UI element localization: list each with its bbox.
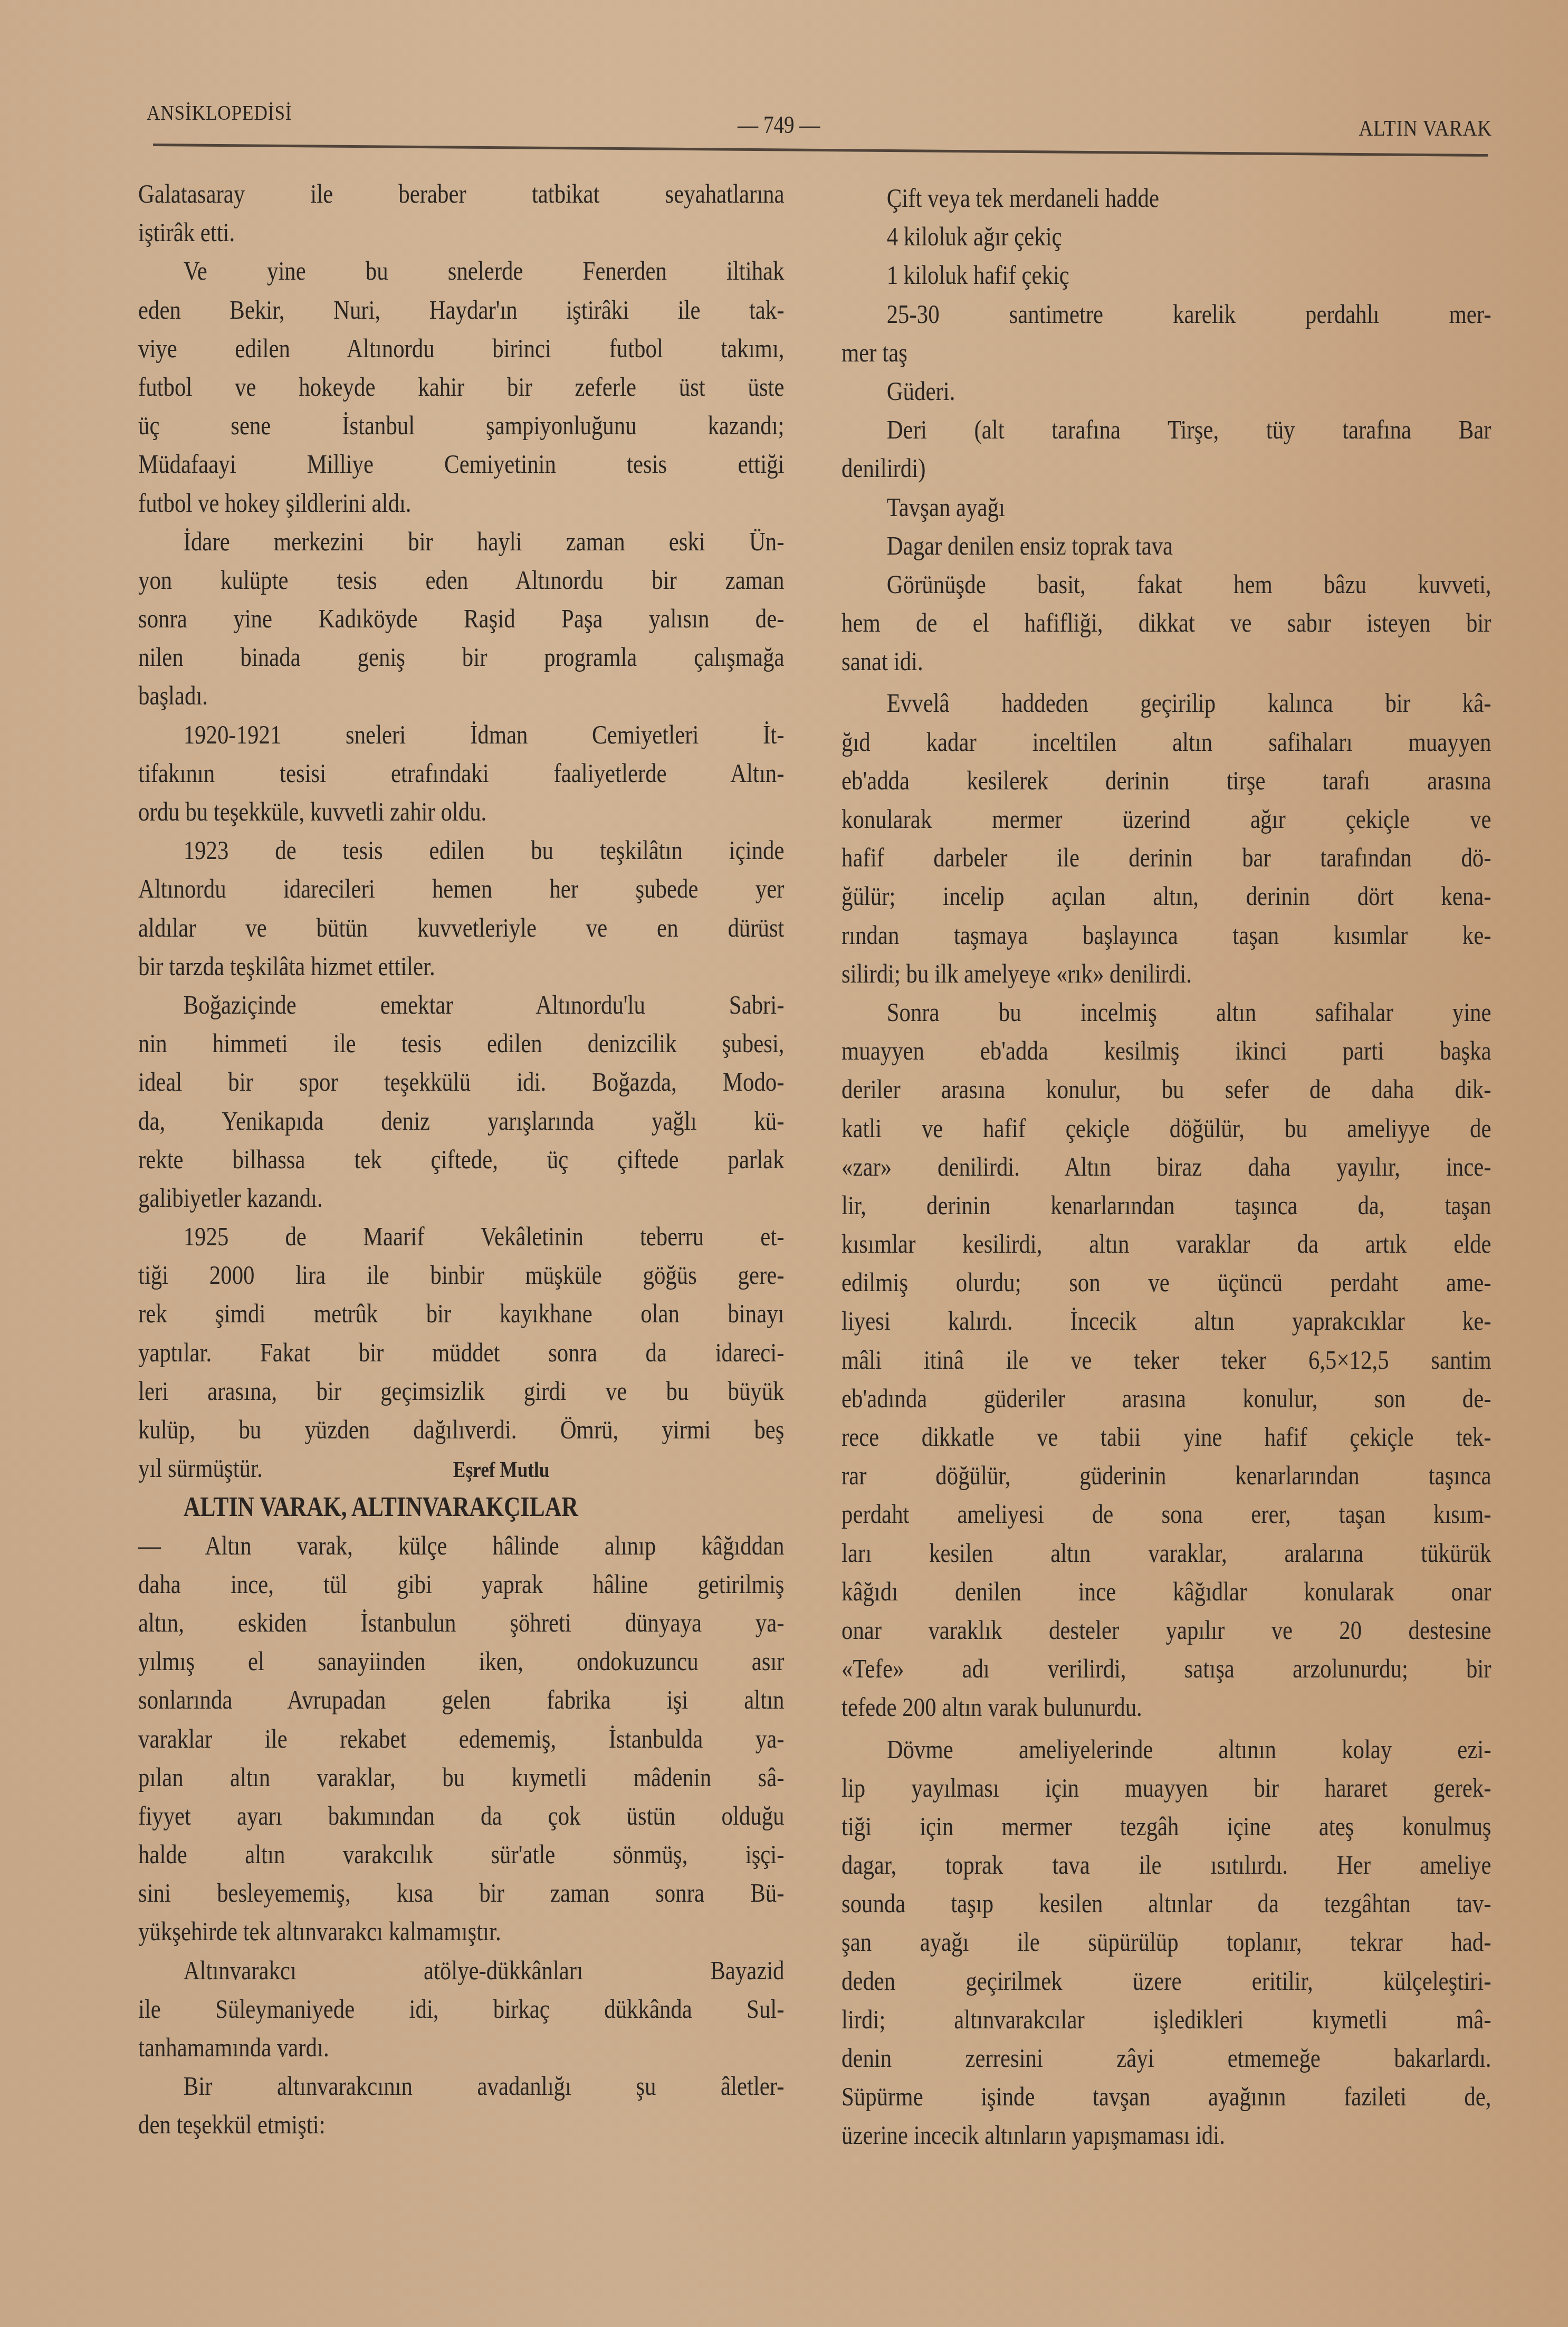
text-line: edilmiş olurdu; son ve üçüncü perdaht am… [842,1264,1491,1302]
paragraph: Altınvarakcı atölye-dükkânları Bayazid i… [138,1952,785,2068]
text-line: dagar, toprak tava ile ısıtılırdı. Her a… [842,1846,1491,1885]
text-fragment: yıl sürmüştür. [138,1454,263,1483]
paragraph: 1925 de Maarif Vekâletinin teberru et- t… [138,1218,785,1488]
text-line: üç sene İstanbul şampiyonluğunu kazandı; [138,407,785,445]
text-line: altın, eskiden İstanbulun şöhreti dünyay… [138,1604,785,1643]
text-line: konularak mermer üzerind ağır çekiçle ve [842,800,1491,839]
text-line: yükşehirde tek altınvarakcı kalmamıştır. [138,1913,785,1951]
text-line: nilen binada geniş bir programla çalışma… [138,638,785,677]
text-line: hem de el hafifliği, dikkat ve sabır ist… [842,604,1491,643]
tool-item: Çift veya tek merdaneli hadde [842,179,1388,218]
right-column: Çift veya tek merdaneli hadde 4 kiloluk … [842,179,1491,2156]
text-line: «Tefe» adı verilirdi, satışa arzolunurdu… [842,1650,1491,1689]
text-line: ğıd kadar inceltilen altın safihaları mu… [842,723,1491,762]
text-line: onar varaklık desteler yapılır ve 20 des… [842,1611,1491,1650]
text-line: eb'adında güderiler arasına konulur, son… [842,1380,1491,1418]
text-line: Süpürme işinde tavşan ayağının fazileti … [842,2078,1491,2116]
left-column: Galatasaray ile beraber tatbikat seyahat… [138,175,785,2145]
text-line: deden geçirilmek üzere eritilir, külçele… [842,1962,1491,2001]
text-line: Altınordu idarecileri hemen her şubede y… [138,870,785,909]
tool-item: 4 kiloluk ağır çekiç [842,218,1388,256]
text-line: denin zerresini zâyi etmemeğe bakarlardı… [842,2039,1491,2078]
text-line: yıl sürmüştür.Eşref Mutlu [138,1449,785,1488]
text-line: daha ince, tül gibi yaprak hâline getiri… [138,1566,785,1604]
text-line: tiği 2000 lira ile binbir müşküle göğüs … [138,1256,785,1295]
text-line: — Altın varak, külçe hâlinde alınıp kâğı… [138,1527,785,1566]
text-line: nin himmeti ile tesis edilen denizcilik … [138,1025,785,1063]
text-line: yılmış el sanayiinden iken, ondokuzuncu … [138,1643,785,1681]
text-line: Bir altınvarakcının avadanlığı şu âletle… [138,2067,785,2106]
text-line: Altınvarakcı atölye-dükkânları Bayazid [138,1952,785,1990]
paragraph: Görünüşde basit, fakat hem bâzu kuvveti,… [842,566,1491,682]
paragraph: Boğaziçinde emektar Altınordu'lu Sabri- … [138,986,785,1218]
text-line: katli ve hafif çekiçle döğülür, bu ameli… [842,1110,1491,1148]
header-section-title: ANSİKLOPEDİSİ [147,100,292,125]
text-line: tefede 200 altın varak bulunurdu. [842,1689,1491,1727]
paragraph: İdare merkezini bir hayli zaman eski Ün-… [138,523,785,716]
text-line: başladı. [138,677,785,716]
text-line: iştirâk etti. [138,214,785,252]
text-line: silirdi; bu ilk amelyeye «rık» denilirdi… [842,955,1491,994]
text-line: yaptılar. Fakat bir müddet sonra da idar… [138,1334,785,1372]
text-line: tifakının tesisi etrafındaki faaliyetler… [138,755,785,793]
text-line: galibiyetler kazandı. [138,1179,785,1218]
author-signature: Eşref Mutlu [453,1458,550,1482]
text-line: 1920-1921 sneleri İdman Cemiyetleri İt- [138,716,785,755]
text-line: Boğaziçinde emektar Altınordu'lu Sabri- [138,986,785,1025]
text-line: ile Süleymaniyede idi, birkaç dükkânda S… [138,1990,785,2029]
text-line: futbol ve hokeyde kahir bir zeferle üst … [138,368,785,407]
text-line: Görünüşde basit, fakat hem bâzu kuvveti, [842,566,1491,604]
text-line: halde altın varakcılık sür'atle sönmüş, … [138,1836,785,1874]
text-line: kulüp, bu yüzden dağılıverdi. Ömrü, yirm… [138,1411,785,1449]
text-line: «zar» denilirdi. Altın biraz daha yayılı… [842,1148,1491,1187]
text-line: sounda taşıp kesilen altınlar da tezgâht… [842,1885,1491,1923]
text-line: yon kulüpte tesis eden Altınordu bir zam… [138,561,785,600]
text-line: ideal bir spor teşekkülü idi. Boğazda, M… [138,1063,785,1102]
text-line: tiği için mermer tezgâh içine ateş konul… [842,1808,1491,1846]
paragraph: Evvelâ haddeden geçirilip kalınca bir kâ… [842,684,1491,994]
tool-item-continuation: mer taş [842,334,1491,373]
text-line: Galatasaray ile beraber tatbikat seyahat… [138,175,785,214]
page-number: — 749 — [738,111,820,139]
paragraph: Galatasaray ile beraber tatbikat seyahat… [138,175,785,252]
text-line: viye edilen Altınordu birinci futbol tak… [138,330,785,368]
text-line: eden Bekir, Nuri, Haydar'ın iştirâki ile… [138,291,785,330]
text-line: futbol ve hokey şildlerini aldı. [138,484,785,523]
tool-item: Güderi. [842,373,1388,411]
paragraph: Dövme ameliyelerinde altının kolay ezi- … [842,1731,1491,2156]
paragraph: 1923 de tesis edilen bu teşkilâtın içind… [138,832,785,986]
tool-list: Çift veya tek merdaneli hadde 4 kiloluk … [842,179,1491,566]
text-line: liyesi kalırdı. İncecik altın yaprakcıkl… [842,1302,1491,1341]
paragraph: Bir altınvarakcının avadanlığı şu âletle… [138,2067,785,2144]
text-line: perdaht ameliyesi de sona erer, taşan kı… [842,1495,1491,1534]
text-line: ğülür; incelip açılan altın, derinin dör… [842,878,1491,916]
tool-item: Tavşan ayağı [842,489,1388,527]
text-line: deriler arasına konulur, bu sefer de dah… [842,1071,1491,1109]
text-line: Dövme ameliyelerinde altının kolay ezi- [842,1731,1491,1769]
text-line: lir, derinin kenarlarından taşınca da, t… [842,1187,1491,1225]
text-line: Sonra bu incelmiş altın safihalar yine [842,994,1491,1032]
text-line: Müdafaayi Milliye Cemiyetinin tesis etti… [138,445,785,484]
paragraph: — Altın varak, külçe hâlinde alınıp kâğı… [138,1527,785,1952]
header-entry-title: ALTIN VARAK [1359,116,1492,141]
text-line: 1923 de tesis edilen bu teşkilâtın içind… [138,832,785,870]
text-line: pılan altın varaklar, bu kıymetli mâdeni… [138,1759,785,1797]
text-line: leri arasına, bir geçimsizlik girdi ve b… [138,1372,785,1411]
text-line: hafif darbeler ile derinin bar tarafında… [842,839,1491,878]
text-line: rece dikkatle ve tabii yine hafif çekiçl… [842,1418,1491,1457]
tool-item: Dagar denilen ensiz toprak tava [842,527,1388,566]
text-line: 1925 de Maarif Vekâletinin teberru et- [138,1218,785,1256]
paragraph: 1920-1921 sneleri İdman Cemiyetleri İt- … [138,716,785,832]
text-line: da, Yenikapıda deniz yarışlarında yağlı … [138,1102,785,1141]
text-line: kâğıdı denilen ince kâğıdlar konularak o… [842,1573,1491,1611]
text-line: bir tarzda teşkilâta hizmet ettiler. [138,948,785,986]
text-line: Ve yine bu snelerde Fenerden iltihak [138,252,785,291]
text-line: fiyyet ayarı bakımından da çok üstün old… [138,1797,785,1836]
text-line: ları kesilen altın varaklar, aralarına t… [842,1534,1491,1573]
tool-item: Deri (alt tarafına Tirşe, tüy tarafına B… [842,411,1491,450]
text-line: rek şimdi metrûk bir kayıkhane olan bina… [138,1295,785,1333]
paragraph: Ve yine bu snelerde Fenerden iltihak ede… [138,252,785,522]
text-line: ordu bu teşekküle, kuvvetli zahir oldu. [138,793,785,832]
text-line: lirdi; altınvarakcılar işledikleri kıyme… [842,2001,1491,2039]
tool-item-continuation: denilirdi) [842,450,1491,488]
text-line: kısımlar kesilirdi, altın varaklar da ar… [842,1225,1491,1264]
text-line: den teşekkül etmişti: [138,2106,785,2144]
text-line: İdare merkezini bir hayli zaman eski Ün- [138,523,785,561]
text-line: sanat idi. [842,643,1491,681]
text-line: muayyen eb'adda kesilmiş ikinci parti ba… [842,1032,1491,1071]
text-line: eb'adda kesilerek derinin tirşe tarafı a… [842,762,1491,800]
text-line: tanhamamında vardı. [138,2029,785,2067]
text-line: varaklar ile rekabet edememiş, İstanbuld… [138,1720,785,1759]
text-line: rekte bilhassa tek çiftede, üç çiftede p… [138,1141,785,1179]
article-heading: ALTIN VARAK, ALTINVARAKÇILAR [138,1488,785,1527]
text-line: rından taşmaya başlayınca taşan kısımlar… [842,917,1491,955]
text-line: rar döğülür, güderinin kenarlarından taş… [842,1457,1491,1495]
text-line: lip yayılması için muayyen bir hararet g… [842,1769,1491,1808]
text-line: aldılar ve bütün kuvvetleriyle ve en dür… [138,909,785,948]
text-line: mâli itinâ ile ve teker teker 6,5×12,5 s… [842,1341,1491,1380]
text-line: Evvelâ haddeden geçirilip kalınca bir kâ… [842,684,1491,723]
text-line: sonra yine Kadıköyde Raşid Paşa yalısın … [138,600,785,638]
text-line: sini besleyememiş, kısa bir zaman sonra … [138,1874,785,1913]
text-line: şan ayağı ile süpürülüp toplanır, tekrar… [842,1923,1491,1962]
text-line: sonlarında Avrupadan gelen fabrika işi a… [138,1681,785,1720]
paragraph: Sonra bu incelmiş altın safihalar yine m… [842,994,1491,1728]
tool-item: 25-30 santimetre karelik perdahlı mer- [842,295,1491,334]
tool-item: 1 kiloluk hafif çekiç [842,256,1388,295]
text-line: üzerine incecik altınların yapışmaması i… [842,2116,1491,2155]
